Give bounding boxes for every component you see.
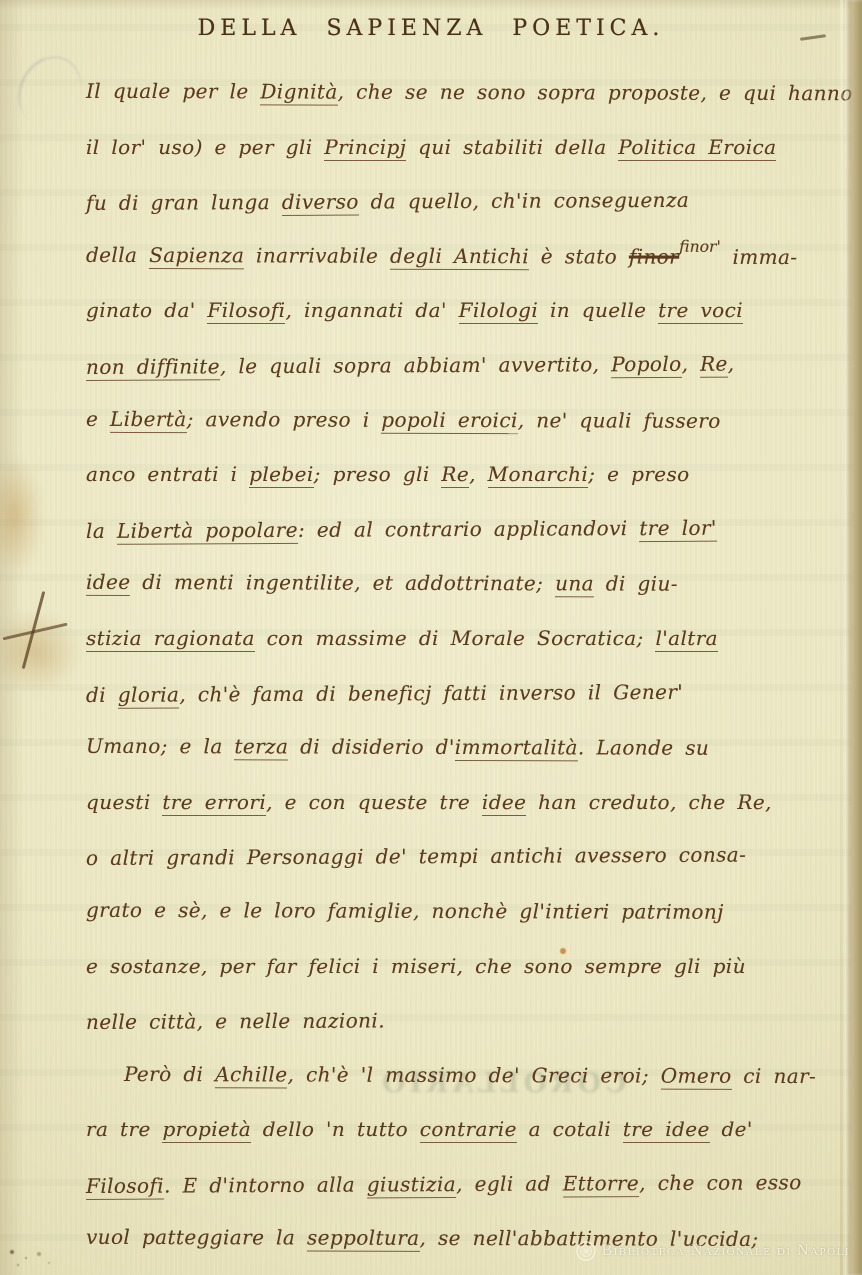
underlined-word: Filosofi <box>86 1173 164 1199</box>
underlined-word: Filosofi <box>207 298 285 324</box>
text-segment: , ch'è fama di beneficj fatti inverso il… <box>179 679 683 706</box>
manuscript-page: DELLA SAPIENZA POETICA. COROLLARIO Il qu… <box>0 0 862 1275</box>
underlined-word: plebei <box>249 462 313 488</box>
underlined-word: idee <box>86 570 131 596</box>
manuscript-line: Filosofi. E d'intorno alla giustizia, eg… <box>86 1152 838 1211</box>
manuscript-line: fu di gran lunga diverso da quello, ch'i… <box>86 169 838 228</box>
manuscript-line: e sostanze, per far felici i miseri, che… <box>86 936 838 991</box>
underlined-word: Omero <box>661 1063 732 1089</box>
text-segment: ra tre <box>86 1117 162 1141</box>
manuscript-line: Il quale per le Dignità, che se ne sono … <box>86 61 838 118</box>
manuscript-line: grato e sè, e le loro famiglie, nonchè g… <box>86 880 838 937</box>
manuscript-line: nelle città, e nelle nazioni. <box>86 988 838 1047</box>
underlined-word: propietà <box>162 1117 251 1143</box>
underlined-word: immortalità <box>455 735 578 761</box>
underlined-word: tre voci <box>658 298 743 324</box>
text-segment: Il quale per le <box>86 79 260 104</box>
text-segment: il lor' uso) e per gli <box>86 135 324 159</box>
text-segment: han creduto, che Re, <box>526 790 771 814</box>
text-segment: fu di gran lunga <box>86 190 282 215</box>
underlined-word: Ettorre <box>563 1171 640 1197</box>
text-segment: , <box>469 462 488 486</box>
underlined-word: terza <box>234 734 288 760</box>
text-segment: della <box>86 243 149 267</box>
library-seal-icon <box>576 1241 596 1261</box>
text-segment: la <box>86 519 117 543</box>
underlined-word: Libertà popolare <box>117 518 298 545</box>
underlined-word: Dignità <box>260 79 337 105</box>
underlined-word: Achille <box>215 1062 287 1088</box>
text-segment: imma- <box>721 245 798 269</box>
struck-word: finor <box>629 244 679 268</box>
stain <box>0 455 44 577</box>
text-segment: , ingannati da' <box>285 298 458 322</box>
text-segment: ginato da' <box>86 298 207 322</box>
manuscript-line: idee di menti ingentilite, et addottrina… <box>86 552 838 609</box>
manuscript-line: Però di Achille, ch'è 'l massimo de' Gre… <box>86 1044 838 1101</box>
text-segment: a cotali <box>517 1117 623 1141</box>
underlined-word: non diffinite <box>86 354 220 381</box>
text-segment: e <box>86 406 110 430</box>
text-segment: ; preso gli <box>314 462 442 486</box>
text-segment: . E d'intorno alla <box>164 1172 367 1197</box>
page-title: DELLA SAPIENZA POETICA. <box>0 16 862 41</box>
text-segment: da quello, ch'in conseguenza <box>359 188 690 214</box>
page-top-shadow <box>0 0 862 10</box>
manuscript-line: stizia ragionata con massime di Morale S… <box>86 608 838 663</box>
text-segment: di <box>86 682 118 706</box>
underlined-word: seppoltura <box>307 1226 420 1252</box>
manuscript-lines: Il quale per le Dignità, che se ne sono … <box>86 62 838 1263</box>
underlined-word: Re <box>700 352 728 378</box>
underlined-word: idee <box>482 790 526 816</box>
text-segment: , ne' quali fussero <box>518 408 721 433</box>
text-segment: o altri grandi Personaggi de' tempi anti… <box>86 843 746 870</box>
underlined-word: Libertà <box>110 406 187 432</box>
manuscript-line: anco entrati i plebei; preso gli Re, Mon… <box>86 444 838 499</box>
underlined-word: tre lor' <box>639 515 717 541</box>
underlined-word: Monarchi <box>488 462 589 488</box>
underlined-word: Sapienza <box>149 243 244 269</box>
text-segment: di giu- <box>594 572 678 596</box>
text-segment: ; e preso <box>588 462 689 486</box>
underlined-word: Filologi <box>459 298 539 324</box>
underlined-word: stizia ragionata <box>86 626 255 652</box>
underlined-word: contrarie <box>420 1117 517 1143</box>
inserted-word: finor' <box>679 237 721 255</box>
manuscript-line: la Libertà popolare: ed al contrario app… <box>86 497 838 556</box>
text-segment: e sostanze, per far felici i miseri, che… <box>86 954 746 978</box>
text-segment: nelle città, e nelle nazioni. <box>86 1008 385 1034</box>
text-segment: di disiderio d' <box>288 735 455 760</box>
text-segment: dello 'n tutto <box>251 1117 420 1141</box>
text-segment: , che con esso <box>639 1170 802 1195</box>
text-segment: , le quali sopra abbiam' avvertito, <box>220 352 611 378</box>
underlined-word: una <box>555 572 594 598</box>
text-segment: vuol patteggiare la <box>86 1225 307 1250</box>
text-segment: , <box>728 352 735 376</box>
underlined-word: gloria <box>118 682 180 708</box>
text-segment: ci nar- <box>732 1064 817 1088</box>
manuscript-line: di gloria, ch'è fama di beneficj fatti i… <box>86 661 838 720</box>
underlined-word: Politica Eroica <box>618 135 776 161</box>
text-segment: ; avendo preso i <box>187 407 382 432</box>
text-segment: , ch'è 'l massimo de' Greci eroi; <box>287 1062 660 1087</box>
manuscript-line: il lor' uso) e per gli Principj qui stab… <box>86 117 838 172</box>
manuscript-line: o altri grandi Personaggi de' tempi anti… <box>86 824 838 883</box>
manuscript-line: della Sapienza inarrivabile degli Antich… <box>86 225 838 282</box>
corner-speckles <box>10 1250 14 1254</box>
text-segment: , egli ad <box>456 1171 563 1196</box>
underlined-word: diverso <box>282 190 359 216</box>
manuscript-line: questi tre errori, e con queste tre idee… <box>86 772 838 827</box>
underlined-word: Re <box>441 462 469 488</box>
underlined-word: Principj <box>324 135 406 161</box>
text-segment: Umano; e la <box>86 734 235 758</box>
text-segment: con massime di Morale Socratica; <box>255 626 656 650</box>
underlined-word: Popolo <box>611 352 682 378</box>
underlined-word: giustizia <box>367 1172 456 1198</box>
margin-x-mark <box>2 590 68 670</box>
text-segment: : ed al contrario applicandovi <box>298 516 640 542</box>
text-segment: de' <box>710 1117 753 1141</box>
text-segment: di menti ingentilite, et addottrinate; <box>130 570 555 595</box>
text-segment: in quelle <box>538 298 658 322</box>
text-segment: è stato <box>529 244 629 268</box>
text-segment: Però di <box>124 1062 215 1086</box>
text-segment: , e con queste tre <box>266 790 482 814</box>
manuscript-line: non diffinite, le quali sopra abbiam' av… <box>86 333 838 392</box>
page-crease <box>840 0 843 1275</box>
text-segment: , <box>681 352 700 376</box>
text-segment: grato e sè, e le loro famiglie, nonchè g… <box>86 898 724 924</box>
text-segment: anco entrati i <box>86 462 249 486</box>
library-watermark-label: Biblioteca Nazionale di Napoli <box>602 1242 850 1260</box>
underlined-word: l'altra <box>655 626 718 652</box>
text-segment: questi <box>86 790 162 814</box>
text-segment: . Laonde su <box>578 735 709 759</box>
text-segment: , che se ne sono sopra proposte, e qui h… <box>338 80 853 106</box>
manuscript-line: Umano; e la terza di disiderio d'immorta… <box>86 716 838 773</box>
underlined-word: tre idee <box>623 1117 710 1143</box>
book-fore-edge <box>845 0 862 1275</box>
library-watermark: Biblioteca Nazionale di Napoli <box>576 1241 850 1261</box>
underlined-word: degli Antichi <box>390 244 529 270</box>
manuscript-line: e Libertà; avendo preso i popoli eroici,… <box>86 388 838 445</box>
underlined-word: tre errori <box>162 790 266 816</box>
text-segment: inarrivabile <box>244 243 390 267</box>
underlined-word: popoli eroici <box>381 407 518 433</box>
manuscript-line: ginato da' Filosofi, ingannati da' Filol… <box>86 280 838 335</box>
text-segment: qui stabiliti della <box>406 135 618 159</box>
manuscript-line: ra tre propietà dello 'n tutto contrarie… <box>86 1099 838 1154</box>
